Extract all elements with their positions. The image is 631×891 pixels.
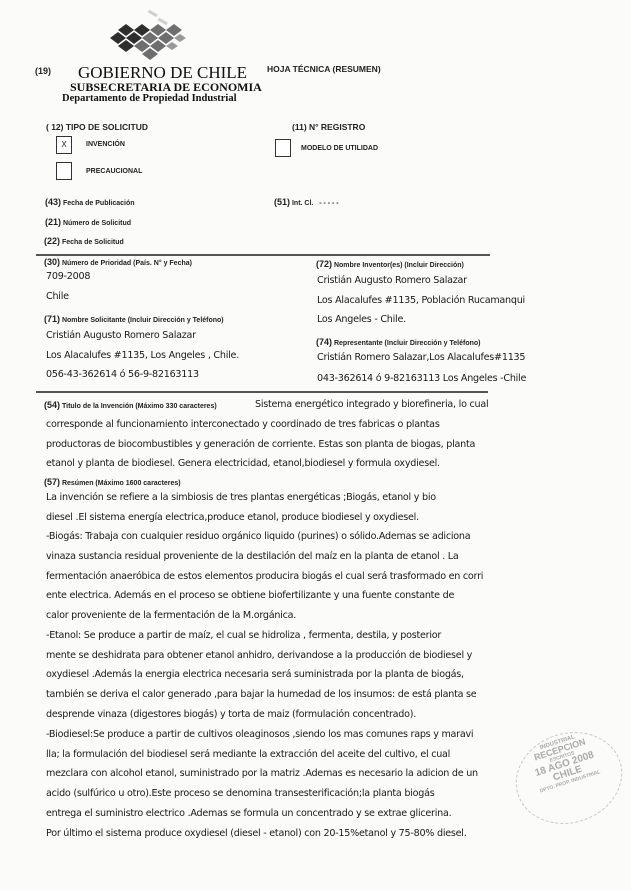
divider <box>36 254 490 256</box>
application-number-field: (21) Número de Solicitud <box>45 217 131 227</box>
representative-phone: 043-362614 ó 9-82163113 Los Angeles -Chi… <box>317 373 526 384</box>
abstract-line: mente se deshidrata para obtener etanol … <box>46 650 472 661</box>
abstract-line: Por último el sistema produce oxydiesel … <box>46 828 467 839</box>
inventor-city: Los Angeles - Chile. <box>317 314 406 325</box>
priority-country: Chile <box>46 291 69 302</box>
inventor-label: (72) Nombre Inventor(es) (Incluir Direcc… <box>316 259 464 269</box>
abstract-label: (57) Resúmen (Máximo 1600 caracteres) <box>44 477 181 487</box>
abstract-line: vinaza sustancia residual proveniente de… <box>46 551 459 562</box>
abstract-line: lla; la formulación del biodiesel será m… <box>46 749 450 760</box>
abstract-line: oxydiesel .Además la energia electrica n… <box>46 669 464 680</box>
title-label: (54) Titulo de la Invención (Máximo 330 … <box>44 400 217 410</box>
abstract-line: calor proveniente de la fermentación de … <box>46 610 296 621</box>
title-line: productoras de biocombustibles y generac… <box>46 439 475 450</box>
divider <box>36 391 488 393</box>
abstract-line: La invención se refiere a la simbiosis d… <box>46 492 436 503</box>
title-line: corresponde al funcionamiento interconec… <box>46 419 440 430</box>
abstract-line: ente electrica. Además en el proceso se … <box>46 590 454 601</box>
abstract-line: diesel .El sistema energía electrica,pro… <box>46 512 419 523</box>
header-code: (19) <box>35 66 51 76</box>
publication-date-field: (43) Fecha de Publicación <box>45 197 135 207</box>
abstract-line: mezclara con alcohol etanol, suministrad… <box>46 768 478 779</box>
request-type-label: ( 12) TIPO DE SOLICITUD <box>46 122 148 132</box>
representative-name: Cristián Romero Salazar,Los Alacalufes#1… <box>317 352 525 363</box>
precaucional-label: PRECAUCIONAL <box>86 168 142 175</box>
int-cl-field: (51) Int. Cl. - - - - - <box>274 197 339 207</box>
abstract-line: desprende vinaza (digestores biogás) y t… <box>46 709 416 720</box>
check-mark-icon: X <box>57 137 71 153</box>
abstract-line: -Biogás: Trabaja con cualquier residuo o… <box>46 531 470 542</box>
modelo-utilidad-checkbox[interactable] <box>275 139 291 157</box>
inventor-address: Los Alacalufes #1135, Población Rucamanq… <box>317 295 525 306</box>
government-diamond-logo-icon <box>108 8 188 66</box>
reception-stamp: INDUSTRIAL RECEPCION ESCRITOS 18 AGO 200… <box>504 719 631 838</box>
applicant-name: Cristián Augusto Romero Salazar <box>46 330 196 341</box>
applicant-phone: 056-43-362614 ó 56-9-82163113 <box>46 369 199 380</box>
inventor-name: Cristián Augusto Romero Salazar <box>317 275 467 286</box>
government-logo <box>108 8 188 66</box>
priority-label: (30) Número de Prioridad (País. N° y Fec… <box>44 257 192 267</box>
abstract-line: -Etanol: Se produce a partir de maíz, el… <box>46 630 441 641</box>
document-title: HOJA TÉCNICA (RESUMEN) <box>267 64 381 74</box>
applicant-address: Los Alacalufes #1135, Los Angeles , Chil… <box>46 350 239 361</box>
abstract-line: acido (sulfúrico u otro).Este proceso se… <box>46 788 434 799</box>
registry-label: (11) N° REGISTRO <box>292 122 365 132</box>
abstract-line: fermentación anaeróbica de estos element… <box>46 571 483 582</box>
modelo-utilidad-label: MODELO DE UTILIDAD <box>301 145 378 152</box>
application-date-field: (22) Fecha de Solicitud <box>44 236 124 246</box>
invencion-label: INVENCIÓN <box>86 141 125 148</box>
priority-value: 709-2008 <box>46 271 90 282</box>
org-department: Departamento de Propiedad Industrial <box>62 93 237 104</box>
precaucional-checkbox[interactable] <box>56 162 72 180</box>
title-line: Sistema energético integrado y biorefine… <box>255 399 488 410</box>
abstract-line: -Biodiesel:Se produce a partir de cultiv… <box>46 729 473 740</box>
representative-label: (74) Representante (Incluir Dirección y … <box>316 337 480 347</box>
abstract-line: entrega el suministro electrico .Ademas … <box>46 808 451 819</box>
title-line: etanol y planta de biodiesel. Genera ele… <box>46 458 440 469</box>
invencion-checkbox[interactable]: X <box>56 136 72 154</box>
applicant-label: (71) Nombre Solicitante (Incluir Direcci… <box>44 314 224 324</box>
abstract-line: también se deriva el calor generado ,par… <box>46 689 476 700</box>
